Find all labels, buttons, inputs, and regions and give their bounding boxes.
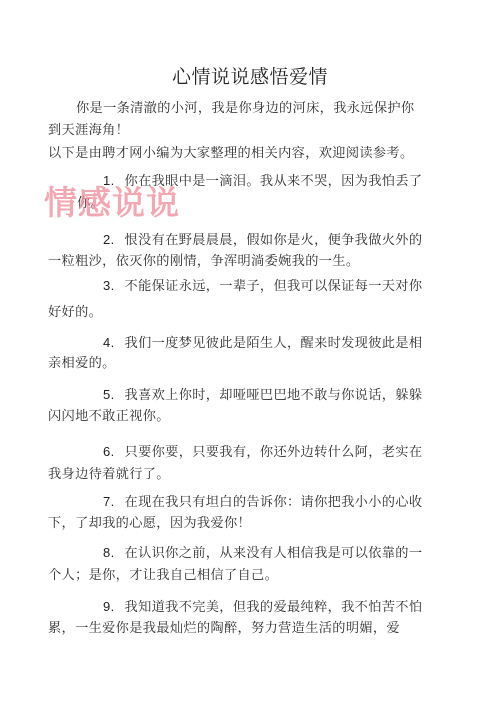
list-item-number: 1. xyxy=(103,173,115,188)
list-item-number: 2. xyxy=(103,232,115,247)
list-item-5-line-1: 5.我喜欢上你时，却哑哑巴巴地不敢与你说话，躲躲 xyxy=(103,386,422,405)
list-item-8-line-2: 个人；是你，才让我自己相信了自己。 xyxy=(48,567,278,585)
list-item-3-line-1: 3.不能保证永远，一辈子，但我可以保证每一天对你 xyxy=(103,277,422,296)
list-item-number: 5. xyxy=(103,387,115,402)
list-item-number: 6. xyxy=(103,444,115,459)
intro-line-1: 你是一条清澈的小河，我是你身边的河床，我永远保护你 xyxy=(76,100,414,118)
list-item-6-line-2: 我身边待着就行了。 xyxy=(48,466,170,484)
list-item-text: 在现在我只有坦白的告诉你：请你把我小小的心收 xyxy=(125,495,423,510)
intro-line-3: 以下是由聘才网小编为大家整理的相关内容，欢迎阅读参考。 xyxy=(48,145,414,163)
list-item-text: 在认识你之前，从来没有人相信我是可以依靠的一 xyxy=(125,546,423,561)
list-item-text: 恨没有在野晨晨晨，假如你是火，便争我做火外的 xyxy=(125,233,423,248)
document-page: 心情说说感悟爱情 你是一条清澈的小河，我是你身边的河床，我永远保护你 到天涯海角… xyxy=(0,0,500,708)
list-item-6-line-1: 6.只要你要，只要我有，你还外边转什么阿，老实在 xyxy=(103,443,422,462)
list-item-number: 9. xyxy=(103,599,115,614)
list-item-text: 我知道我不完美，但我的爱最纯粹，我不怕苦不怕 xyxy=(125,600,423,615)
list-item-9-line-2: 累，一生爱你是我最灿烂的陶醉，努力营造生活的明媚，爱 xyxy=(48,620,400,638)
list-item-5-line-2: 闪闪地不敢正视你。 xyxy=(48,408,170,426)
list-item-text: 我喜欢上你时，却哑哑巴巴地不敢与你说话，躲躲 xyxy=(125,388,423,403)
list-item-text: 只要你要，只要我有，你还外边转什么阿，老实在 xyxy=(125,445,423,460)
list-item-7-line-2: 下，了却我的心愿，因为我爱你！ xyxy=(48,515,251,533)
list-item-8-line-1: 8.在认识你之前，从来没有人相信我是可以依靠的一 xyxy=(103,544,422,563)
list-item-number: 7. xyxy=(103,494,115,509)
list-item-number: 3. xyxy=(103,278,115,293)
list-item-7-line-1: 7.在现在我只有坦白的告诉你：请你把我小小的心收 xyxy=(103,493,422,512)
list-item-text: 你在我眼中是一滴泪。我从来不哭，因为我怕丢了 xyxy=(125,174,423,189)
list-item-number: 8. xyxy=(103,545,115,560)
list-item-9-line-1: 9.我知道我不完美，但我的爱最纯粹，我不怕苦不怕 xyxy=(103,598,422,617)
document-title: 心情说说感悟爱情 xyxy=(0,64,500,90)
list-item-2-line-1: 2.恨没有在野晨晨晨，假如你是火，便争我做火外的 xyxy=(103,231,422,250)
list-item-4-line-1: 4.我们一度梦见彼此是陌生人，醒来时发现彼此是相 xyxy=(103,334,422,353)
intro-line-2: 到天涯海角！ xyxy=(48,122,129,140)
list-item-1-line-2: 你。 xyxy=(77,195,104,213)
list-item-text: 不能保证永远，一辈子，但我可以保证每一天对你 xyxy=(125,279,423,294)
list-item-4-line-2: 亲相爱的。 xyxy=(48,355,116,373)
list-item-3-line-2: 好好的。 xyxy=(48,304,102,322)
list-item-text: 我们一度梦见彼此是陌生人，醒来时发现彼此是相 xyxy=(125,336,423,351)
list-item-2-line-2: 一粒粗沙，依灭你的刚情，争浑明淌委婉我的一生。 xyxy=(48,253,359,271)
list-item-number: 4. xyxy=(103,335,115,350)
list-item-1-line-1: 1.你在我眼中是一滴泪。我从来不哭，因为我怕丢了 xyxy=(103,172,422,191)
